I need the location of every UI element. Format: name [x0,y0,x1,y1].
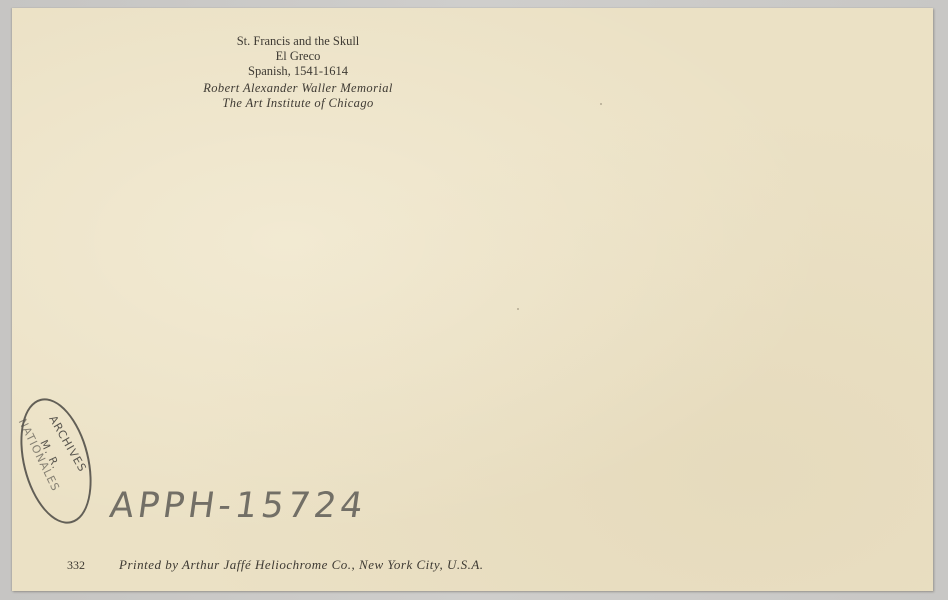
paper-speck [517,308,519,310]
archives-stamp-icon: ARCHIVES M. R. NATIONALES [8,391,103,531]
paper-speck [600,103,602,105]
artwork-caption: St. Francis and the Skull El Greco Spani… [158,34,438,111]
credit-line: Robert Alexander Waller Memorial [158,81,438,96]
postcard-back: St. Francis and the Skull El Greco Spani… [12,8,933,591]
institution-name: The Art Institute of Chicago [158,96,438,111]
artist-name: El Greco [158,49,438,64]
scan-background: St. Francis and the Skull El Greco Spani… [0,0,948,600]
card-number: 332 [67,558,85,573]
artist-nationality-dates: Spanish, 1541-1614 [158,64,438,79]
printer-credit: Printed by Arthur Jaffé Heliochrome Co.,… [119,557,484,573]
artwork-title: St. Francis and the Skull [158,34,438,49]
handwritten-inventory-number: APPH-15724 [107,486,369,526]
